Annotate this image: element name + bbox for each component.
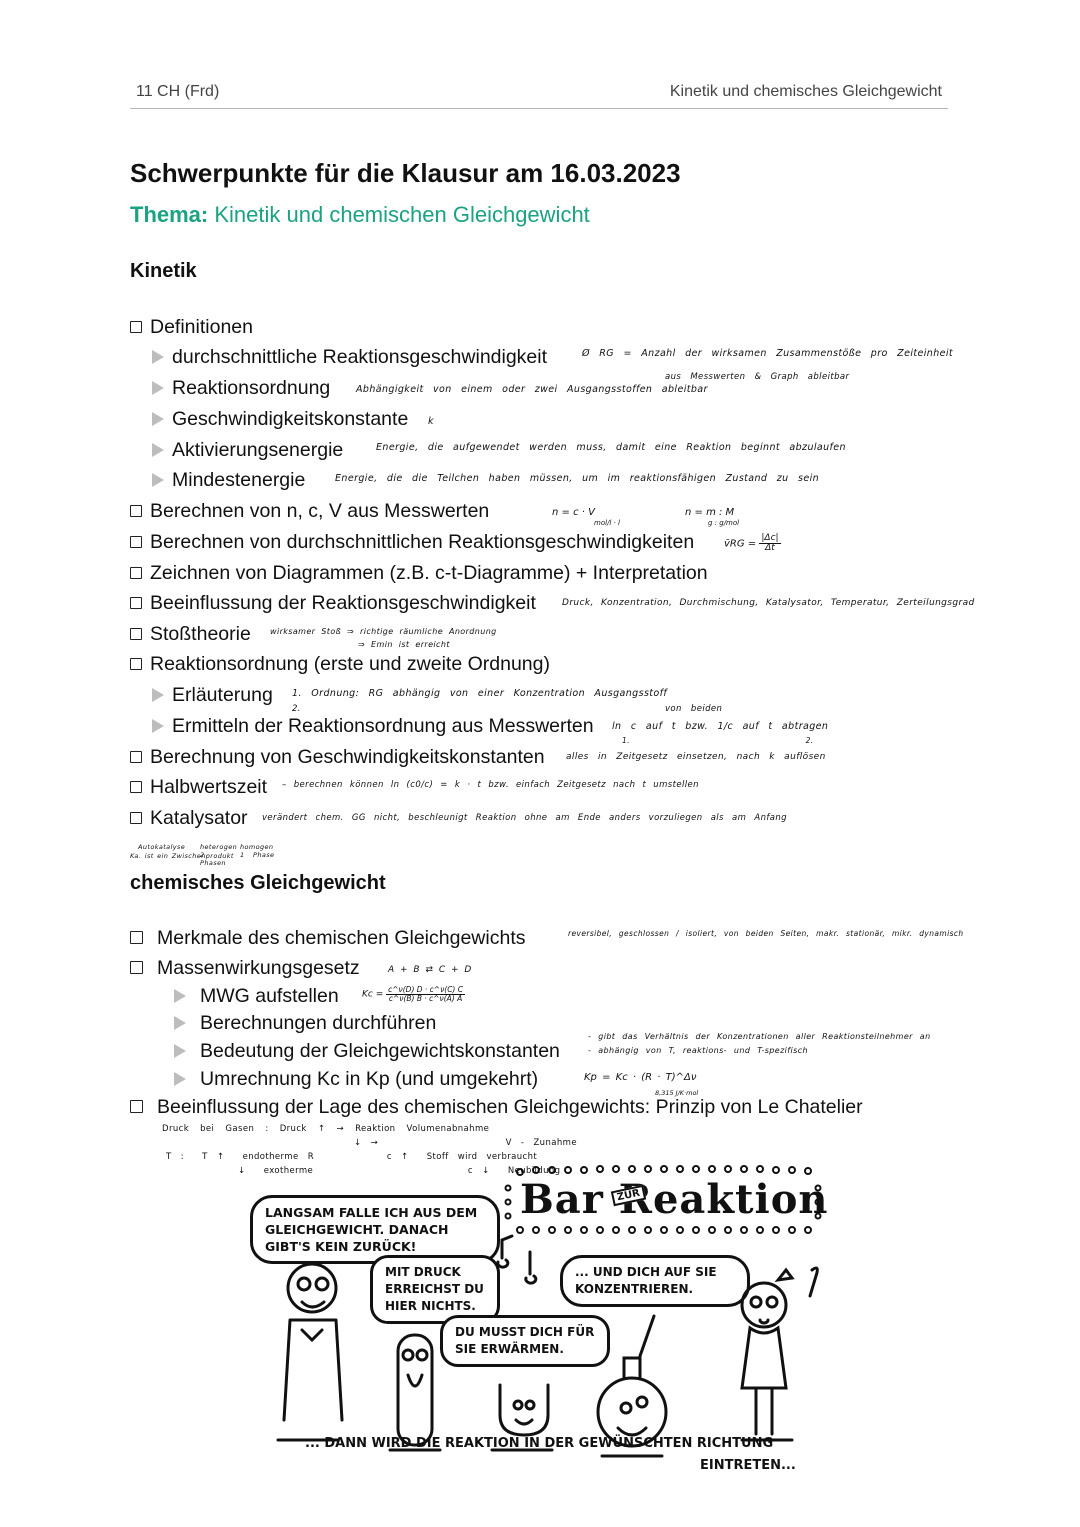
checklist-item: Berechnen von n, c, V aus Messwerten [130, 500, 489, 528]
triangle-bullet-icon [152, 350, 164, 364]
handwritten-note: verändert chem. GG nicht, beschleunigt R… [262, 813, 787, 823]
handwritten-note: Autokatalyse [138, 843, 185, 851]
handwritten-note: Ø RG = Anzahl der wirksamen Zusammenstöß… [582, 348, 953, 359]
handwritten-note: - abhängig von T, reaktions- und T-spezi… [588, 1046, 808, 1055]
handwritten-note: wirksamer Stoß ⇒ richtige räumliche Anor… [270, 627, 497, 636]
section-heading-gleichgewicht: chemisches Gleichgewicht [130, 872, 386, 895]
page-header: 11 CH (Frd) Kinetik und chemisches Gleic… [130, 80, 948, 109]
handwritten-note: – berechnen können ln (c0/c) = k · t bzw… [282, 780, 699, 790]
fraction: |Δc| Δt [759, 534, 780, 553]
subtitle-prefix: Thema: [130, 202, 208, 227]
checklist-item: Katalysator [130, 807, 248, 835]
checkbox-icon[interactable] [130, 812, 142, 824]
checkbox-icon[interactable] [130, 567, 142, 579]
item-label: Katalysator [150, 807, 248, 830]
triangle-bullet-icon [152, 412, 164, 426]
page-title: Schwerpunkte für die Klausur am 16.03.20… [130, 158, 681, 189]
item-label: durchschnittliche Reaktionsgeschwindigke… [172, 346, 547, 369]
document-page: 11 CH (Frd) Kinetik und chemisches Gleic… [0, 0, 1080, 1527]
checkbox-icon[interactable] [130, 961, 143, 974]
checklist-item: Merkmale des chemischen Gleichgewichts [130, 927, 525, 955]
handwritten-note: ↓ → V - Zunahme [354, 1138, 577, 1148]
checkbox-icon[interactable] [130, 658, 142, 670]
handwritten-note: Abhängigkeit von einem oder zwei Ausgang… [356, 384, 708, 395]
item-label: Definitionen [150, 316, 253, 339]
comic-illustration: Bar Reaktion ZUR Langsam falle ich aus d… [230, 1150, 840, 1485]
fraction: c^ν(D) D · c^ν(C) C c^ν(B) B · c^ν(A) A [386, 986, 465, 1002]
comic-caption: eintreten... [700, 1458, 796, 1473]
sub-item: Reaktionsordnung [152, 377, 330, 405]
checklist-item: Berechnen von durchschnittlichen Reaktio… [130, 531, 694, 559]
item-label: Ermitteln der Reaktionsordnung aus Messw… [172, 715, 594, 738]
handwritten-note: k [428, 416, 434, 427]
formula-lhs: v̄RG = [724, 539, 756, 550]
item-label: Erläuterung [172, 684, 273, 707]
checklist-item: Beeinflussung der Reaktionsgeschwindigke… [130, 592, 536, 620]
handwritten-formula: A + B ⇄ C + D [388, 965, 471, 975]
item-label: Reaktionsordnung [172, 377, 330, 400]
handwritten-note: heterogen 2 Phasen [200, 843, 236, 867]
comic-caption: ... dann wird die Reaktion in der gewüns… [305, 1436, 773, 1451]
checkbox-icon[interactable] [130, 628, 142, 640]
checkbox-icon[interactable] [130, 505, 142, 517]
checklist-item: Halbwertszeit [130, 776, 267, 804]
item-label: Massenwirkungsgesetz [157, 957, 360, 980]
handwritten-note: reversibel, geschlossen / isoliert, von … [568, 929, 964, 938]
sub-item: Berechnungen durchführen [174, 1012, 436, 1040]
item-label: Beeinflussung der Reaktionsgeschwindigke… [150, 592, 536, 615]
item-label: Beeinflussung der Lage des chemischen Gl… [157, 1096, 863, 1119]
sub-item: Erläuterung [152, 684, 273, 712]
handwritten-note: ⇒ Emin ist erreicht [358, 640, 450, 649]
checklist-item: Berechnung von Geschwindigkeitskonstante… [130, 746, 545, 774]
handwritten-note: ln c auf t bzw. 1/c auf t abtragen [612, 721, 828, 732]
handwritten-formula: n = m : M [685, 507, 734, 518]
item-label: Berechnen von durchschnittlichen Reaktio… [150, 531, 694, 554]
handwritten-note: aus Messwerten & Graph ableitbar [665, 372, 849, 382]
triangle-bullet-icon [174, 1044, 186, 1058]
item-label: Geschwindigkeitskonstante [172, 408, 408, 431]
sub-item: Mindestenergie [152, 469, 305, 497]
handwritten-formula: Kp = Kc · (R · T)^Δν [584, 1072, 696, 1083]
handwritten-formula-units: mol/l · l [594, 519, 620, 527]
item-label: Berechnung von Geschwindigkeitskonstante… [150, 746, 545, 769]
sub-item: Umrechnung Kc in Kp (und umgekehrt) [174, 1068, 538, 1096]
checkbox-icon[interactable] [130, 321, 142, 333]
handwritten-note: - gibt das Verhältnis der Konzentratione… [588, 1032, 931, 1041]
fraction-denominator: c^ν(B) B · c^ν(A) A [389, 995, 462, 1003]
speech-bubble: Langsam falle ich aus dem Gleichgewicht.… [250, 1195, 500, 1264]
item-label: Stoßtheorie [150, 623, 251, 646]
checklist-item: Massenwirkungsgesetz [130, 957, 360, 985]
bar-sign: Bar Reaktion ZUR [500, 1160, 830, 1240]
handwritten-formula: Kc = c^ν(D) D · c^ν(C) C c^ν(B) B · c^ν(… [362, 986, 465, 1002]
triangle-bullet-icon [174, 1016, 186, 1030]
item-label: MWG aufstellen [200, 985, 339, 1008]
speech-bubble: Du musst dich für sie erwärmen. [440, 1315, 610, 1367]
section-heading-kinetik: Kinetik [130, 260, 197, 283]
speech-bubble: ... und dich auf sie konzentrieren. [560, 1255, 750, 1307]
handwritten-formula-units: g : g/mol [708, 519, 739, 527]
handwritten-note: Energie, die die Teilchen haben müssen, … [335, 473, 819, 484]
handwritten-formula: v̄RG = |Δc| Δt [724, 534, 781, 553]
item-label: Reaktionsordnung (erste und zweite Ordnu… [150, 653, 550, 676]
handwritten-note: 1. 2. [622, 736, 814, 745]
sub-item: durchschnittliche Reaktionsgeschwindigke… [152, 346, 547, 374]
sub-item: Aktivierungsenergie [152, 439, 343, 467]
item-label: Berechnen von n, c, V aus Messwerten [150, 500, 489, 523]
handwritten-note: 2. von beiden [292, 704, 722, 714]
triangle-bullet-icon [152, 443, 164, 457]
triangle-bullet-icon [174, 989, 186, 1003]
handwritten-note: alles in Zeitgesetz einsetzen, nach k au… [566, 752, 826, 762]
handwritten-note: homogen 1 Phase [240, 843, 276, 859]
item-label: Bedeutung der Gleichgewichtskonstanten [200, 1040, 560, 1063]
triangle-bullet-icon [152, 688, 164, 702]
page-subtitle: Thema: Kinetik und chemischen Gleichgewi… [130, 202, 590, 228]
item-label: Umrechnung Kc in Kp (und umgekehrt) [200, 1068, 538, 1091]
triangle-bullet-icon [174, 1072, 186, 1086]
topic-label: Kinetik und chemisches Gleichgewicht [670, 83, 942, 101]
sub-item: MWG aufstellen [174, 985, 339, 1013]
checkbox-icon[interactable] [130, 931, 143, 944]
item-label: Aktivierungsenergie [172, 439, 343, 462]
formula-lhs: Kc = [362, 990, 383, 1000]
sub-item: Ermitteln der Reaktionsordnung aus Messw… [152, 715, 594, 743]
sub-item: Geschwindigkeitskonstante [152, 408, 408, 436]
item-label: Merkmale des chemischen Gleichgewichts [157, 927, 525, 950]
checklist-item: Definitionen [130, 316, 253, 344]
item-label: Mindestenergie [172, 469, 305, 492]
sub-item: Bedeutung der Gleichgewichtskonstanten [174, 1040, 560, 1068]
subtitle-text: Kinetik und chemischen Gleichgewicht [214, 202, 589, 227]
handwritten-note: Druck, Konzentration, Durchmischung, Kat… [562, 598, 975, 608]
checkbox-icon[interactable] [130, 536, 142, 548]
item-label: Zeichnen von Diagrammen (z.B. c-t-Diagra… [150, 562, 708, 585]
checkbox-icon[interactable] [130, 781, 142, 793]
checklist-item: Zeichnen von Diagrammen (z.B. c-t-Diagra… [130, 562, 708, 590]
speech-bubble: Mit Druck erreichst du hier nichts. [370, 1255, 500, 1324]
item-label: Berechnungen durchführen [200, 1012, 436, 1035]
checklist-item: Beeinflussung der Lage des chemischen Gl… [130, 1096, 863, 1124]
triangle-bullet-icon [152, 473, 164, 487]
item-label: Halbwertszeit [150, 776, 267, 799]
sign-text: Bar Reaktion [520, 1176, 828, 1223]
fraction-denominator: Δt [765, 544, 775, 553]
checklist-item: Reaktionsordnung (erste und zweite Ordnu… [130, 653, 550, 681]
handwritten-note: 1. Ordnung: RG abhängig von einer Konzen… [292, 688, 667, 699]
checklist-item: Stoßtheorie [130, 623, 251, 651]
handwritten-note: Druck bei Gasen : Druck ↑ → Reaktion Vol… [162, 1124, 489, 1134]
course-label: 11 CH (Frd) [136, 83, 219, 101]
checkbox-icon[interactable] [130, 1100, 143, 1113]
triangle-bullet-icon [152, 719, 164, 733]
checkbox-icon[interactable] [130, 751, 142, 763]
handwritten-note: Energie, die aufgewendet werden muss, da… [376, 442, 846, 453]
checkbox-icon[interactable] [130, 597, 142, 609]
triangle-bullet-icon [152, 381, 164, 395]
handwritten-formula: n = c · V [552, 507, 595, 518]
